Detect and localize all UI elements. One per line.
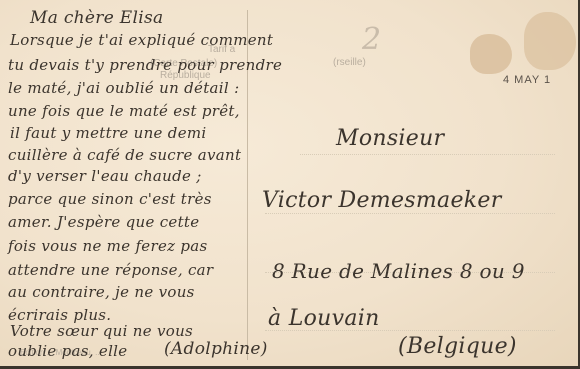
postcard-back: 4 MAY 1 Tarif a (Carte Postale) Républiq…: [0, 0, 580, 369]
water-stain-right: [524, 12, 576, 70]
message-line: d'y verser l'eau chaude ;: [8, 167, 202, 185]
address-line-2: [265, 213, 555, 214]
salutation: Ma chère Elisa: [30, 8, 163, 28]
message-line: Lorsque je t'ai expliqué comment: [10, 31, 273, 49]
postmark: 4 MAY 1: [503, 74, 551, 86]
water-stain-left: [470, 34, 512, 74]
recipient-title: Monsieur: [336, 126, 444, 151]
recipient-name: Victor Demesmaeker: [262, 188, 502, 213]
message-line: Votre sœur qui ne vous: [10, 322, 193, 340]
message-line: une fois que le maté est prêt,: [8, 102, 240, 120]
message-line: tu devais t'y prendre pour prendre: [8, 56, 282, 74]
printed-marseille: (rseille): [333, 57, 366, 68]
message-line: oublie pas, elle: [8, 342, 127, 360]
message-line: amer. J'espère que cette: [8, 213, 199, 231]
message-line: il faut y mettre une demi: [10, 124, 207, 142]
message-line: fois vous ne me ferez pas: [8, 237, 208, 255]
recipient-country: (Belgique): [398, 334, 517, 359]
message-line: attendre une réponse, car: [8, 261, 213, 279]
message-line: cuillère à café de sucre avant: [8, 146, 241, 164]
faint-pencil-numeral: 2: [362, 22, 381, 57]
recipient-street: 8 Rue de Malines 8 ou 9: [272, 259, 525, 283]
signature: (Adolphine): [164, 339, 268, 359]
message-line: le maté, j'ai oublié un détail :: [8, 79, 239, 97]
message-line: parce que sinon c'est très: [8, 190, 212, 208]
address-line-1: [300, 154, 555, 155]
recipient-city: à Louvain: [268, 306, 380, 331]
message-line: au contraire, je ne vous: [8, 283, 195, 301]
